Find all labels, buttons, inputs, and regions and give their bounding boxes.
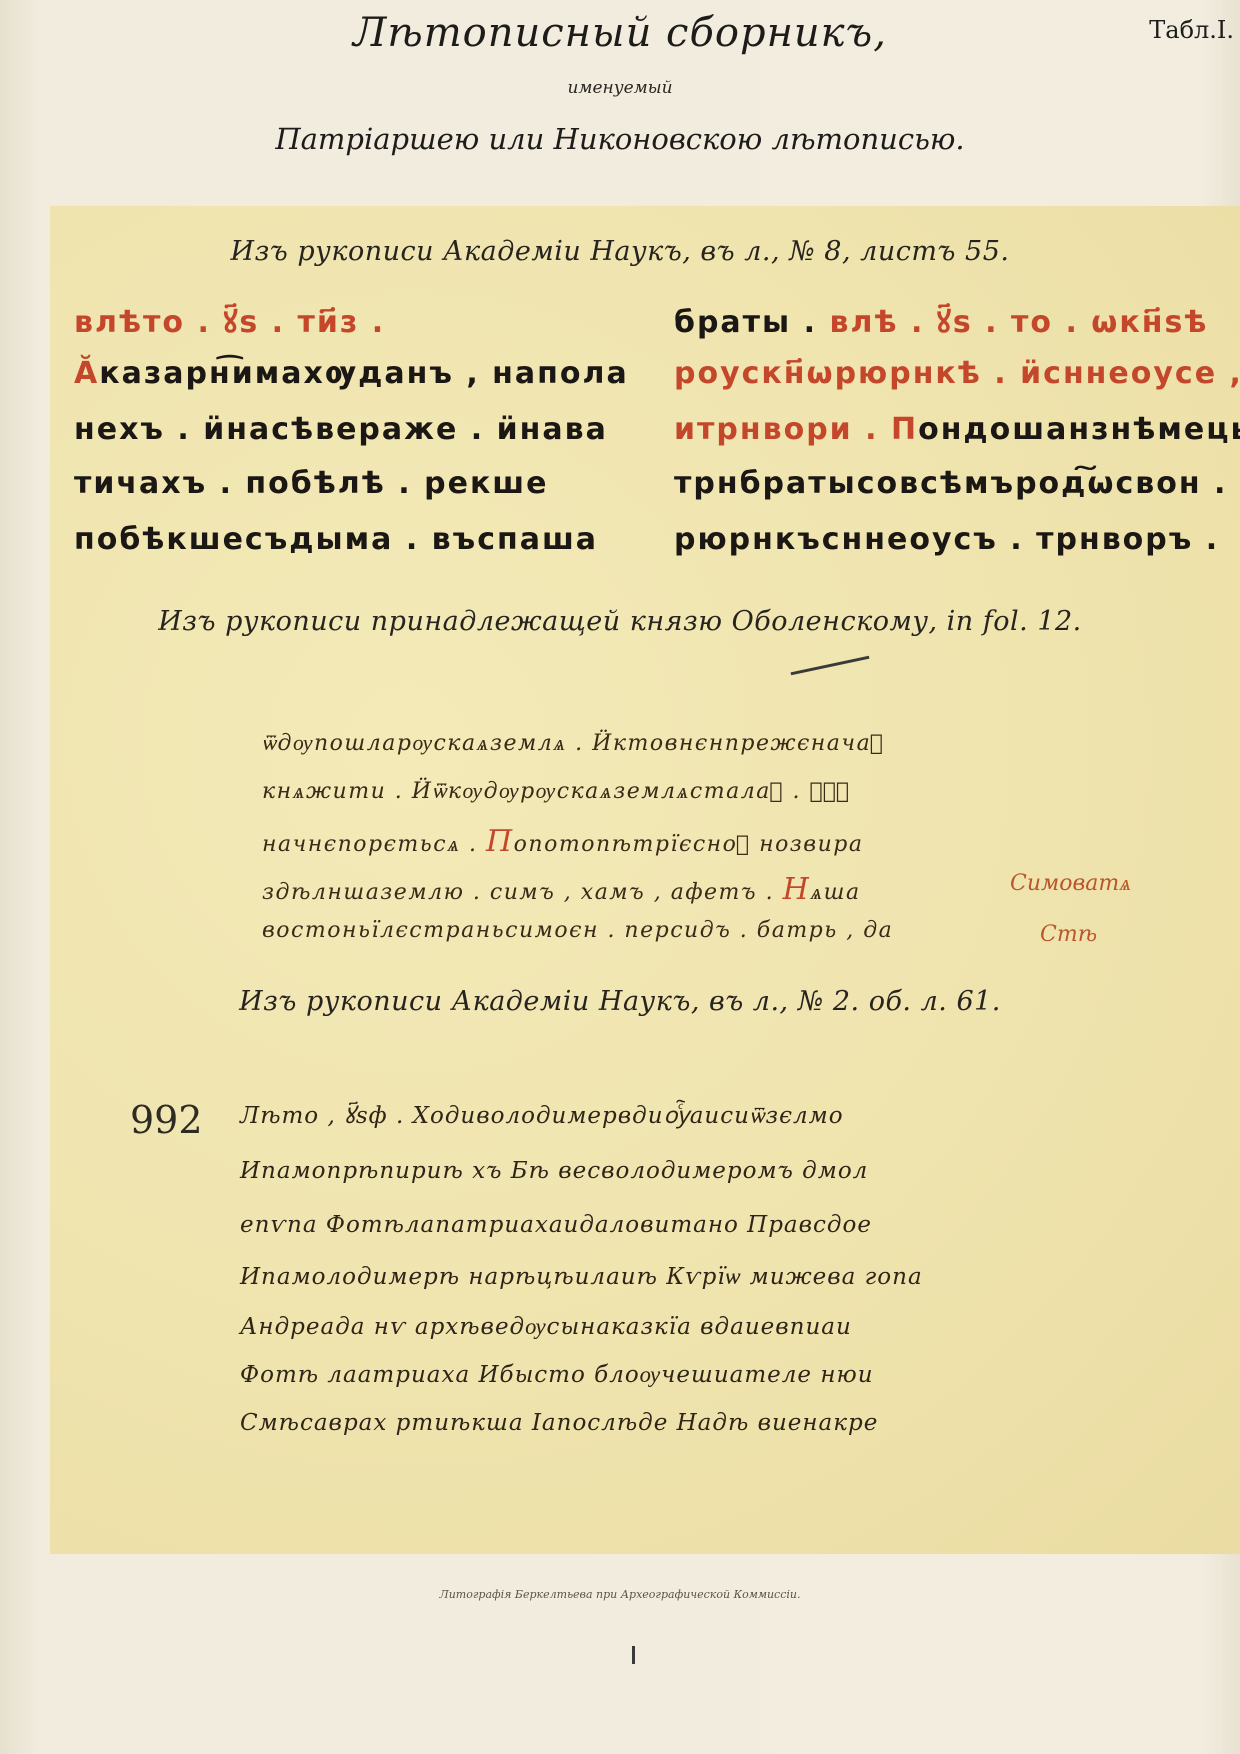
line-text: одиволодимервдиѹⷭ҇аисиѿзєлмо — [430, 1103, 844, 1129]
rubric-text: роускн҃ѡрюрнкѣ . ӥсннеоусе , — [674, 356, 1240, 391]
manuscript-line: начнєпорєтьсѧ . Попотопѣтрїєсноⷡ нозвира — [262, 824, 863, 859]
line-text: Андреада нѵ архѣведѹсынаказкїа вдаиевпиа… — [240, 1314, 852, 1340]
manuscript-line: Смѣсаврах ртиѣкша Іапослѣде Надѣ виенакр… — [240, 1410, 878, 1436]
manuscript-line: епѵпа Фотѣлапатриахаидаловитано Правсдое — [240, 1212, 872, 1238]
rubric-text: итрнвори . П — [674, 412, 918, 447]
ink-mark — [632, 1646, 635, 1664]
line-text: епѵпа Фотѣлапатриахаидаловитано Правсдое — [240, 1212, 872, 1238]
rubric-text: влѣ . ꙋ҃ѕ . то . ѡкн҃ѕѣ — [829, 305, 1208, 340]
manuscript-line: Лѣто , ꙋ҃ѕф . Ходиволодимервдиѹⷭ҇аисиѿзє… — [240, 1098, 844, 1130]
manuscript-line: здѣлншаземлю . симъ , хамъ , афетъ . Нѧш… — [262, 872, 861, 907]
manuscript-line: кнѧжити . Ӥѿкѹдѹрѹскаѧземлѧсталаⷷ . ѡ҇ⷭ — [262, 778, 851, 804]
manuscript-line: Ӑказарн͡имахѹданъ , напола — [74, 356, 629, 391]
manuscript-line: рюрнкъсннеоусъ . трнворъ . — [674, 522, 1219, 557]
manuscript-line: востоньїлєстраньсимоєн . персидъ . батрь… — [262, 918, 893, 943]
rubric-text: Лѣто , ꙋ҃ѕф . Х — [240, 1103, 430, 1129]
manuscript-line: тичахъ . побѣлѣ . рекше — [74, 466, 549, 501]
plate-label: Табл.I. — [1149, 16, 1234, 44]
line-text: начнєпорєтьсѧ . — [262, 832, 478, 857]
manuscript-line: трнбратысовсѣмърод͠ѡсвон . — [674, 466, 1227, 501]
manuscript-line: Ипамопрѣпириѣ хъ Бѣ весволодимеромъ дмол — [240, 1158, 868, 1184]
manuscript-line: роускн҃ѡрюрнкѣ . ӥсннеоусе , — [674, 356, 1240, 391]
manuscript-line: влѣто . ꙋ҃ѕ . ти҃з . — [74, 300, 385, 341]
manuscript-line: Ипамолодимерѣ нарѣцѣилаиѣ Кѵрїѡ мижева г… — [240, 1264, 923, 1290]
margin-note: Симоватѧ — [1010, 870, 1131, 896]
line-text: ондошанзнѣмець — [918, 412, 1240, 447]
initial-letter: П — [486, 824, 514, 859]
manuscript-line: нехъ . ӥнасѣвераже . ӥнава — [74, 412, 608, 447]
line-text: опотопѣтрїєсноⷡ нозвира — [514, 832, 864, 857]
source-caption-1: Изъ рукописи Академіи Наукъ, въ л., № 8,… — [0, 236, 1240, 267]
initial-letter: Ӑ — [74, 356, 99, 391]
line-text: Смѣсаврах ртиѣкша Іапослѣде Надѣ виенакр… — [240, 1410, 878, 1436]
line-text: браты . — [674, 305, 817, 340]
initial-letter: Н — [783, 872, 811, 907]
line-text: кнѧжити . Ӥѿкѹдѹрѹскаѧземлѧсталаⷷ . ѡ҇ⷭ — [262, 779, 851, 804]
manuscript-line: итрнвори . Пондошанзнѣмець — [674, 412, 1240, 447]
manuscript-line: побѣкшесъдыма . въспаша — [74, 522, 598, 557]
manuscript-line: ѿдѹпошларѹскаѧземлѧ . Ӥктовнєнпрежєначаⷭ — [262, 730, 884, 756]
year-number: 992 — [130, 1098, 203, 1142]
line-text: Ипамопрѣпириѣ хъ Бѣ весволодимеромъ дмол — [240, 1158, 868, 1184]
line-text: нехъ . ӥнасѣвераже . ӥнава — [74, 412, 608, 447]
rubric-text: влѣто . ꙋ҃ѕ . ти҃з . — [74, 305, 385, 340]
line-text: ѧша — [810, 880, 860, 905]
line-text: рюрнкъсннеоусъ . трнворъ . — [674, 522, 1219, 557]
manuscript-line: браты . влѣ . ꙋ҃ѕ . то . ѡкн҃ѕѣ — [674, 300, 1208, 341]
manuscript-line: Андреада нѵ архѣведѹсынаказкїа вдаиевпиа… — [240, 1314, 852, 1340]
line-text: побѣкшесъдыма . въспаша — [74, 522, 598, 557]
page-title: Лѣтописный сборникъ, — [0, 10, 1240, 56]
line-text: Ипамолодимерѣ нарѣцѣилаиѣ Кѵрїѡ мижева г… — [240, 1264, 923, 1290]
line-text: востоньїлєстраньсимоєн . персидъ . батрь… — [262, 918, 893, 943]
line-text: казарн͡имахѹданъ , напола — [99, 356, 628, 391]
page-subtitle: именуемый — [0, 78, 1240, 98]
source-caption-2: Изъ рукописи принадлежащей князю Оболенс… — [0, 606, 1240, 637]
page-title-secondary: Патріаршею или Никоновскою лѣтописью. — [0, 122, 1240, 156]
line-text: трнбратысовсѣмърод͠ѡсвон . — [674, 466, 1227, 501]
source-caption-3: Изъ рукописи Академіи Наукъ, въ л., № 2.… — [0, 986, 1240, 1017]
line-text: ѿдѹпошларѹскаѧземлѧ . Ӥктовнєнпрежєначаⷭ — [262, 731, 884, 756]
line-text: здѣлншаземлю . симъ , хамъ , афетъ . — [262, 880, 774, 905]
printer-imprint: Литографія Беркелтьева при Археографичес… — [0, 1588, 1240, 1601]
line-text: Фотѣ лаатриаха Ибысто блоѹчешиателе нюи — [240, 1362, 874, 1388]
margin-note: Стѣ — [1040, 922, 1097, 947]
line-text: тичахъ . побѣлѣ . рекше — [74, 466, 549, 501]
manuscript-line: Фотѣ лаатриаха Ибысто блоѹчешиателе нюи — [240, 1362, 874, 1388]
